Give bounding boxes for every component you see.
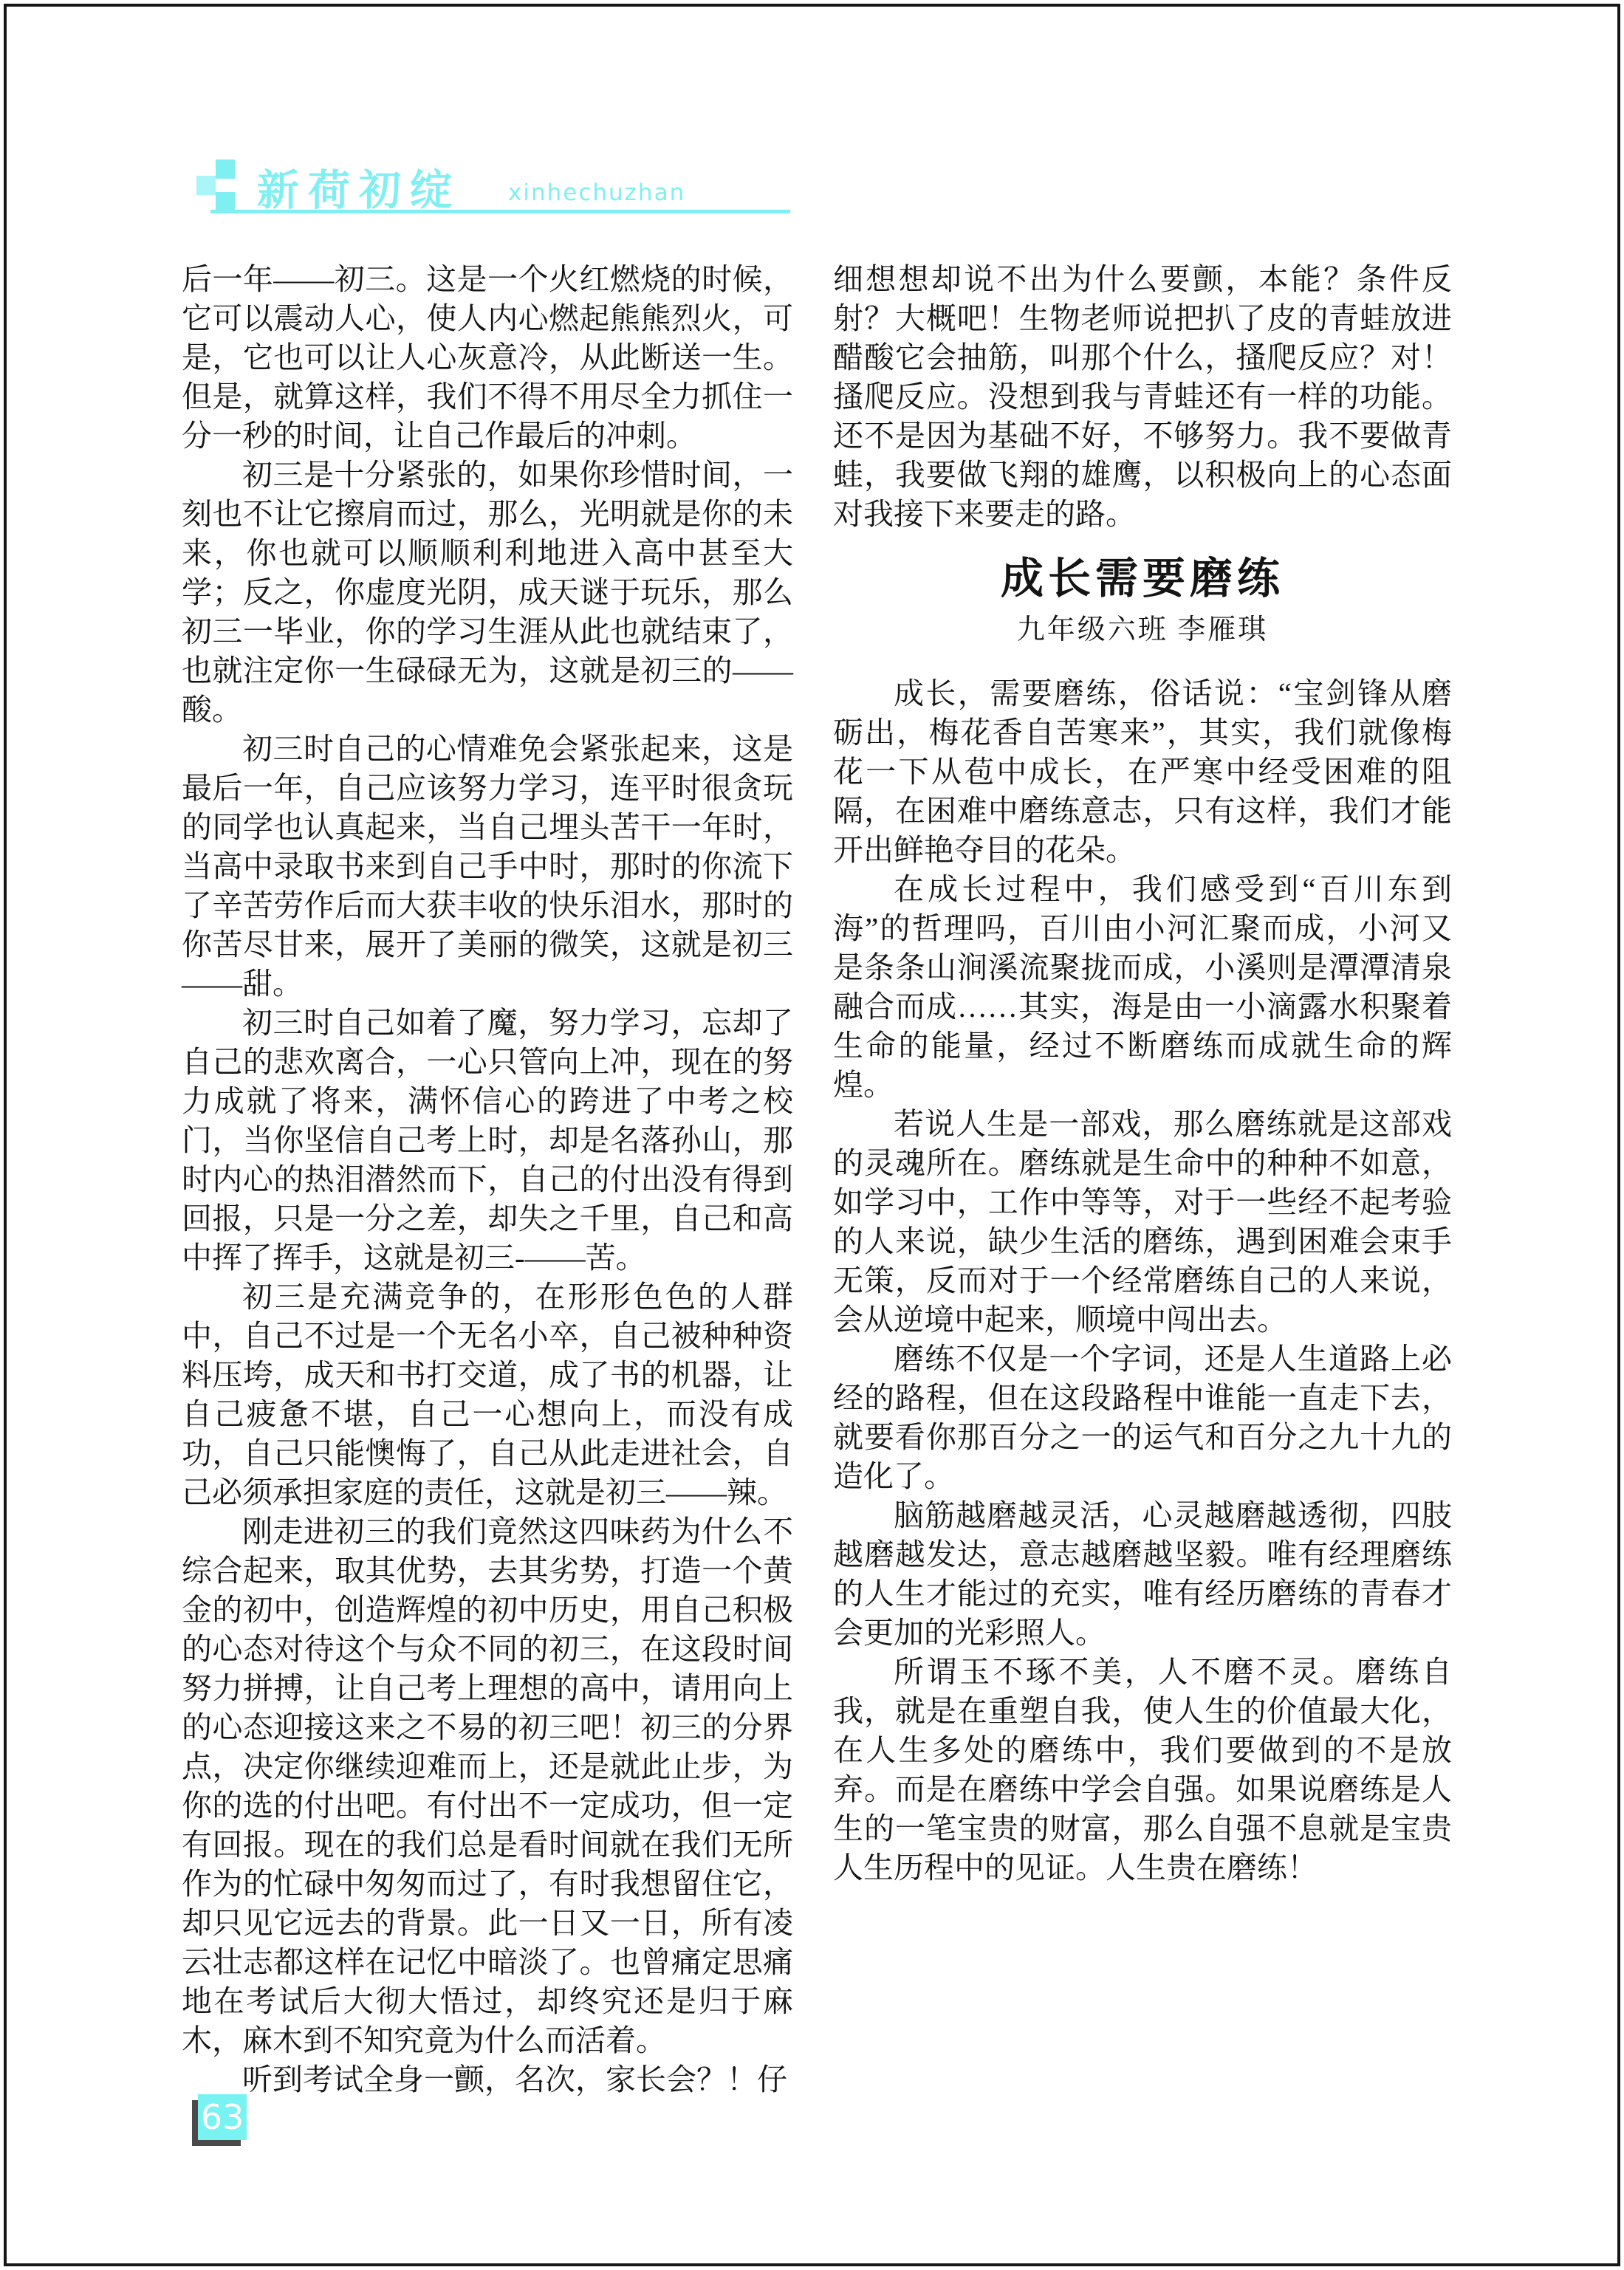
masthead-rule bbox=[210, 210, 790, 213]
left-column: 后一年——初三。这是一个火红燃烧的时候，它可以震动人心，使人内心燃起熊熊烈火，可… bbox=[182, 260, 793, 2099]
page-number-badge: 63 bbox=[198, 2094, 247, 2140]
masthead-pinyin: xinhechuzhan bbox=[508, 179, 685, 206]
paragraph: 脑筋越磨越灵活，心灵越磨越透彻，四肢越磨越发达，意志越磨越坚毅。唯有经理磨练的人… bbox=[833, 1496, 1452, 1653]
article-byline: 九年级六班 李雁琪 bbox=[833, 611, 1452, 649]
right-column: 细想想却说不出为什么要颤，本能？条件反射？大概吧！生物老师说把扒了皮的青蛙放进醋… bbox=[833, 260, 1452, 1887]
paragraph: 成长，需要磨练，俗话说：“宝剑锋从磨砺出，梅花香自苦寒来”，其实，我们就像梅花一… bbox=[833, 674, 1452, 870]
masthead-title: 新荷初绽 bbox=[257, 157, 461, 217]
paragraph: 刚走进初三的我们竟然这四味药为什么不综合起来，取其优势，去其劣势，打造一个黄金的… bbox=[182, 1512, 793, 2060]
paragraph: 在成长过程中，我们感受到“百川东到海”的哲理吗，百川由小河汇聚而成，小河又是条条… bbox=[833, 870, 1452, 1105]
magazine-page: 新荷初绽 xinhechuzhan 后一年——初三。这是一个火红燃烧的时候，它可… bbox=[0, 0, 1624, 2270]
logo-square-icon bbox=[196, 176, 216, 195]
paragraph: 若说人生是一部戏，那么磨练就是这部戏的灵魂所在。磨练就是生命中的种种不如意，如学… bbox=[833, 1105, 1452, 1340]
paragraph: 所谓玉不琢不美，人不磨不灵。磨练自我，就是在重塑自我，使人生的价值最大化，在人生… bbox=[833, 1653, 1452, 1887]
paragraph: 后一年——初三。这是一个火红燃烧的时候，它可以震动人心，使人内心燃起熊熊烈火，可… bbox=[182, 260, 793, 456]
logo-square-icon bbox=[216, 160, 235, 179]
page-number: 63 bbox=[201, 2097, 244, 2137]
paragraph: 初三是充满竞争的，在形形色色的人群中，自己不过是一个无名小卒，自己被种种资料压垮… bbox=[182, 1278, 793, 1512]
article-title: 成长需要磨练 bbox=[833, 555, 1452, 603]
logo-square-icon bbox=[216, 192, 235, 211]
paragraph: 细想想却说不出为什么要颤，本能？条件反射？大概吧！生物老师说把扒了皮的青蛙放进醋… bbox=[833, 260, 1452, 534]
paragraph: 初三时自己如着了魔，努力学习，忘却了自己的悲欢离合，一心只管向上冲，现在的努力成… bbox=[182, 1004, 793, 1278]
paragraph: 初三时自己的心情难免会紧张起来，这是最后一年，自己应该努力学习，连平时很贪玩的同… bbox=[182, 730, 793, 1004]
paragraph: 初三是十分紧张的，如果你珍惜时间，一刻也不让它擦肩而过，那么，光明就是你的未来，… bbox=[182, 456, 793, 730]
paragraph: 磨练不仅是一个字词，还是人生道路上必经的路程，但在这段路程中谁能一直走下去，就要… bbox=[833, 1340, 1452, 1496]
paragraph: 听到考试全身一颤，名次，家长会？！仔 bbox=[182, 2060, 793, 2099]
